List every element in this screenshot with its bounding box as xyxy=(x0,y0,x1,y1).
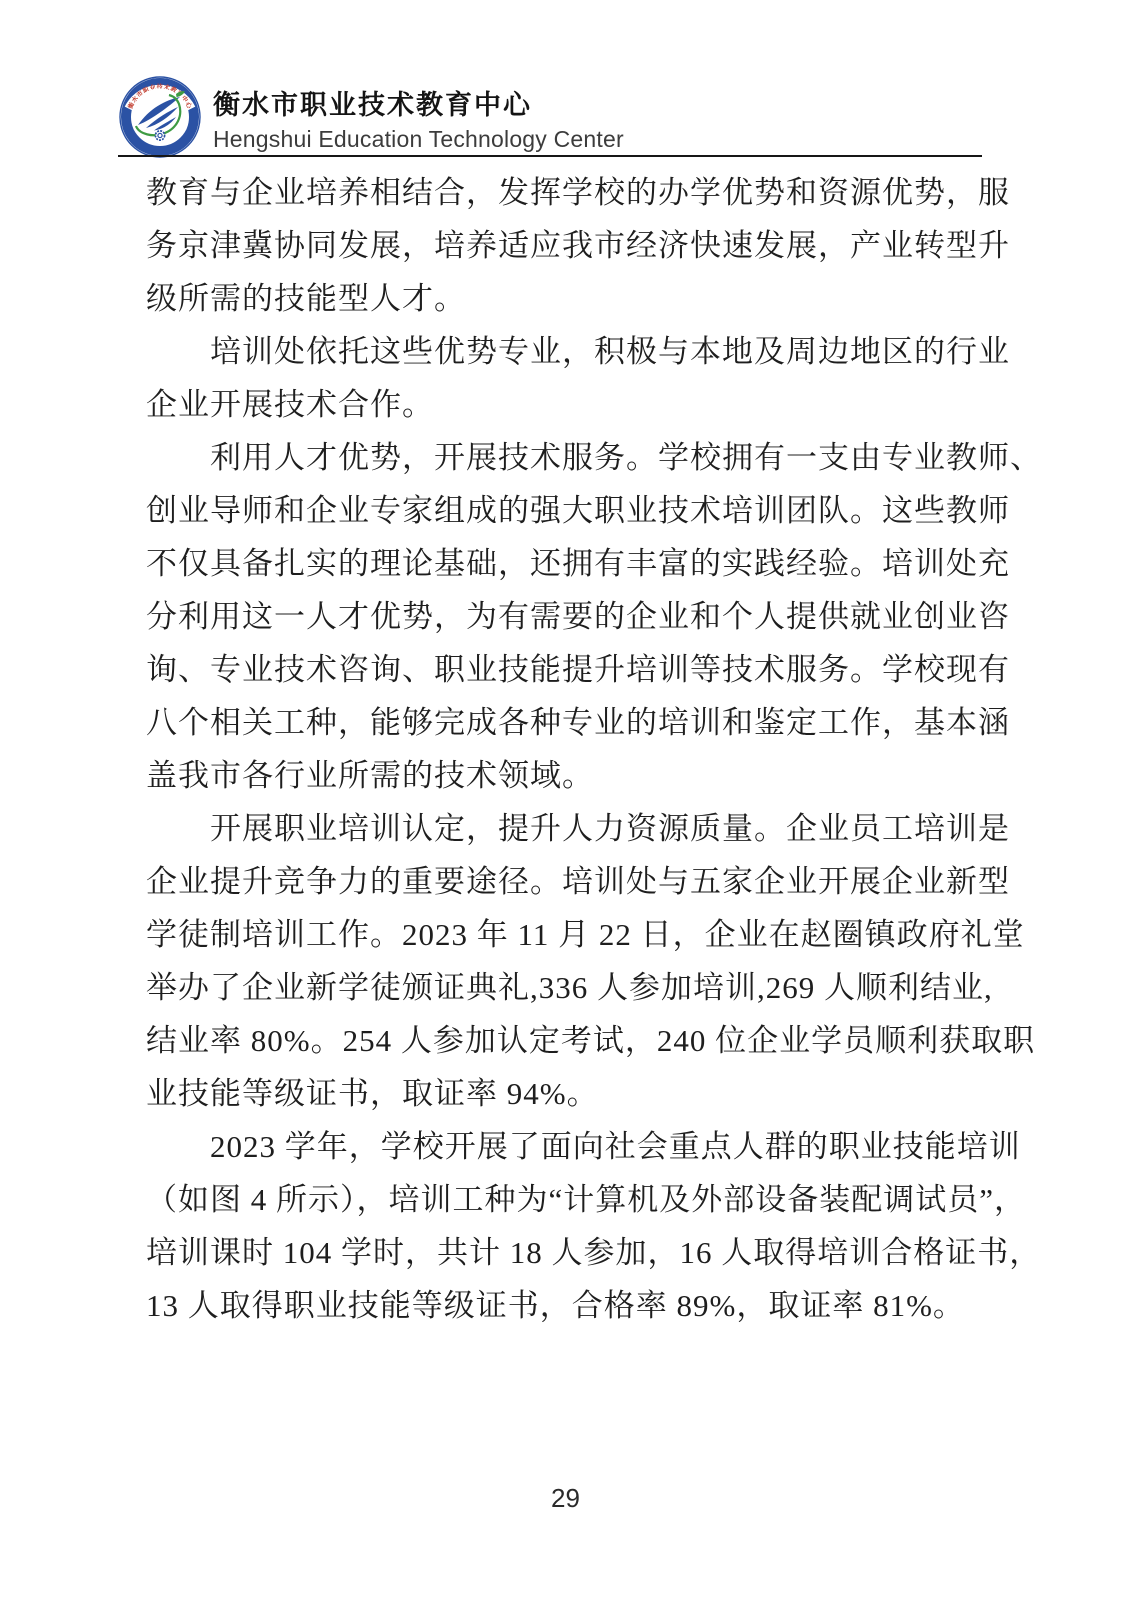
org-name-zh: 衡水市职业技术教育中心 xyxy=(213,88,624,122)
page-header: 衡水市职业技术教育中心 Hengshui Education Technolog… xyxy=(213,88,624,154)
page-number: 29 xyxy=(0,1483,1131,1514)
paragraph-2: 培训处依托这些优势专业，积极与本地及周边地区的行业企业开展技术合作。 xyxy=(146,325,986,431)
text-line: 不仅具备扎实的理论基础，还拥有丰富的实践经验。培训处充 xyxy=(146,537,986,590)
text-line: 培训处依托这些优势专业，积极与本地及周边地区的行业 xyxy=(146,325,986,378)
paragraph-5: 2023 学年，学校开展了面向社会重点人群的职业技能培训（如图 4 所示），培训… xyxy=(146,1120,986,1332)
school-logo: 衡水市职业技术教育中心 xyxy=(119,76,201,158)
text-line: 2023 学年，学校开展了面向社会重点人群的职业技能培训 xyxy=(146,1120,986,1173)
document-body: 教育与企业培养相结合，发挥学校的办学优势和资源优势，服务京津冀协同发展，培养适应… xyxy=(146,166,986,1332)
text-line: 询、专业技术咨询、职业技能提升培训等技术服务。学校现有 xyxy=(146,643,986,696)
text-line: 13 人取得职业技能等级证书，合格率 89%，取证率 81%。 xyxy=(146,1279,986,1332)
text-line: 培训课时 104 学时，共计 18 人参加，16 人取得培训合格证书， xyxy=(146,1226,986,1279)
text-line: 利用人才优势，开展技术服务。学校拥有一支由专业教师、 xyxy=(146,431,986,484)
paragraph-1: 教育与企业培养相结合，发挥学校的办学优势和资源优势，服务京津冀协同发展，培养适应… xyxy=(146,166,986,325)
text-line: 盖我市各行业所需的技术领域。 xyxy=(146,749,986,802)
text-line: 八个相关工种，能够完成各种专业的培训和鉴定工作，基本涵 xyxy=(146,696,986,749)
text-line: 创业导师和企业专家组成的强大职业技术培训团队。这些教师 xyxy=(146,484,986,537)
text-line: 企业开展技术合作。 xyxy=(146,378,986,431)
text-line: 结业率 80%。254 人参加认定考试，240 位企业学员顺利获取职 xyxy=(146,1014,986,1067)
paragraph-4: 开展职业培训认定，提升人力资源质量。企业员工培训是企业提升竞争力的重要途径。培训… xyxy=(146,802,986,1120)
text-line: 举办了企业新学徒颁证典礼,336 人参加培训,269 人顺利结业, xyxy=(146,961,986,1014)
text-line: 企业提升竞争力的重要途径。培训处与五家企业开展企业新型 xyxy=(146,855,986,908)
text-line: 学徒制培训工作。2023 年 11 月 22 日，企业在赵圈镇政府礼堂 xyxy=(146,908,986,961)
paragraph-3: 利用人才优势，开展技术服务。学校拥有一支由专业教师、创业导师和企业专家组成的强大… xyxy=(146,431,986,802)
text-line: 业技能等级证书，取证率 94%。 xyxy=(146,1067,986,1120)
document-page: 衡水市职业技术教育中心 衡水市职业技术教育中心 Hengshui Educati… xyxy=(0,0,1131,1600)
text-line: 务京津冀协同发展，培养适应我市经济快速发展，产业转型升 xyxy=(146,219,986,272)
text-line: （如图 4 所示），培训工种为“计算机及外部设备装配调试员”， xyxy=(146,1173,986,1226)
text-line: 开展职业培训认定，提升人力资源质量。企业员工培训是 xyxy=(146,802,986,855)
header-divider xyxy=(118,155,982,157)
text-line: 教育与企业培养相结合，发挥学校的办学优势和资源优势，服 xyxy=(146,166,986,219)
org-name-en: Hengshui Education Technology Center xyxy=(213,124,624,154)
gear-icon xyxy=(155,131,164,140)
text-line: 分利用这一人才优势，为有需要的企业和个人提供就业创业咨 xyxy=(146,590,986,643)
text-line: 级所需的技能型人才。 xyxy=(146,272,986,325)
